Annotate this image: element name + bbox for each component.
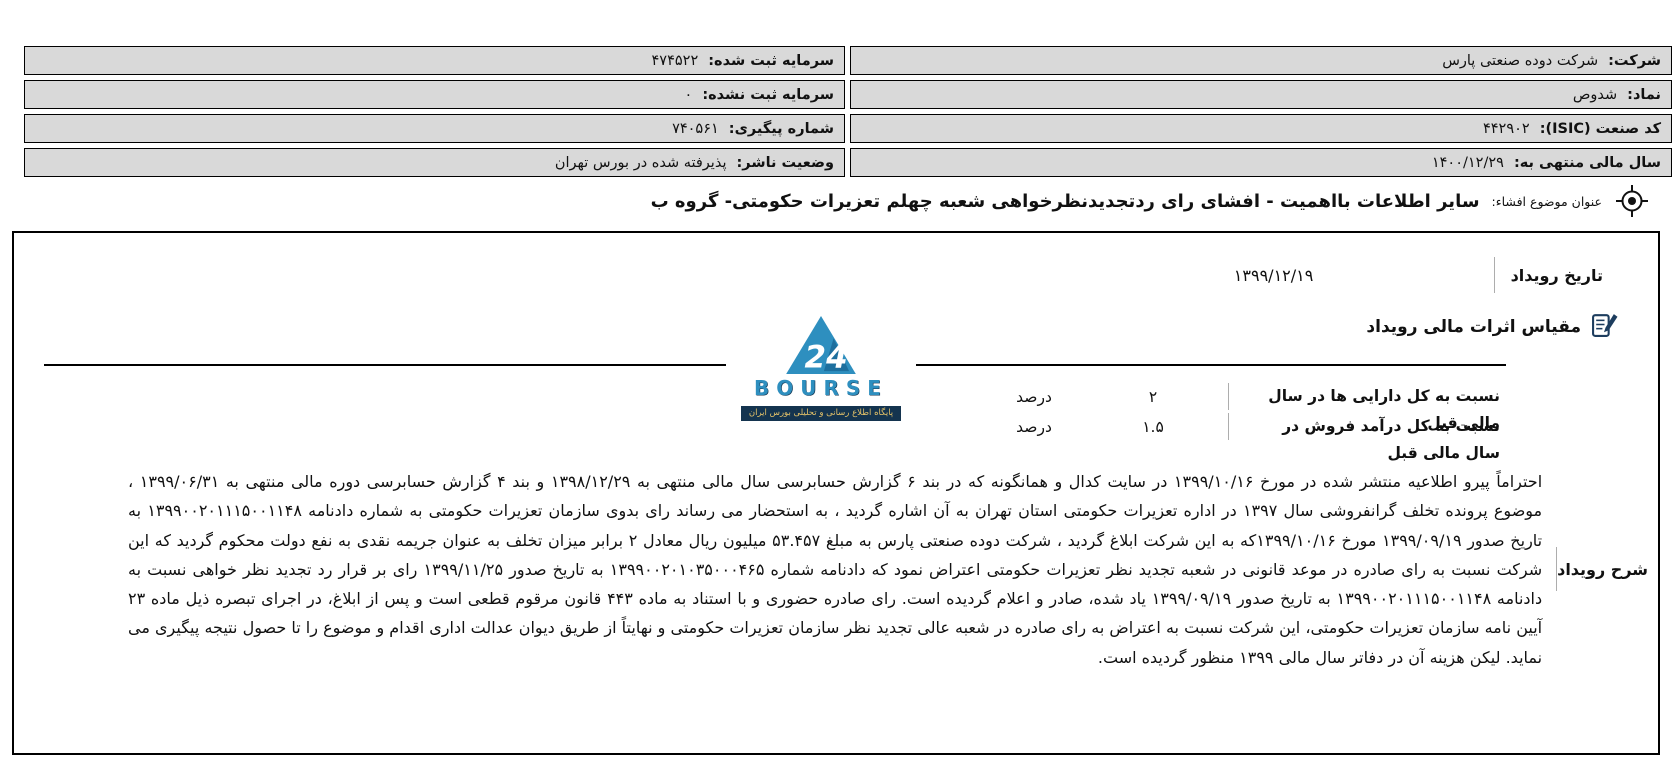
table-row: نسبت به کل دارایی ها در سال مالی قبل ۲ د… — [990, 383, 1500, 410]
event-description-text: احتراماً پیرو اطلاعیه منتشر شده در مورخ … — [28, 467, 1556, 672]
field-isic-code: کد صنعت (ISIC): ۴۴۲۹۰۲ — [850, 114, 1672, 143]
divider-line — [1556, 547, 1557, 591]
financial-scale-header-row: مقیاس اثرات مالی رویداد — [1366, 311, 1618, 342]
table-row: کد صنعت (ISIC): ۴۴۲۹۰۲ شماره پیگیری: ۷۴۰… — [24, 114, 1672, 143]
ratio-label: نسبت به کل درآمد فروش در سال مالی قبل — [1228, 413, 1500, 440]
financial-scale-header: مقیاس اثرات مالی رویداد — [1366, 317, 1581, 337]
disclosure-title-row: عنوان موضوع افشاء: سایر اطلاعات بااهمیت … — [40, 183, 1650, 219]
field-value: ۱۴۰۰/۱۲/۲۹ — [1432, 155, 1504, 171]
table-row: نماد: شدوص سرمایه ثبت نشده: ۰ — [24, 80, 1672, 109]
logo-name: BOURSE — [734, 376, 908, 400]
field-value: ۴۷۴۵۲۲ — [652, 53, 699, 69]
field-label: سال مالی منتهی به: — [1514, 155, 1661, 171]
event-description-label: شرح رویداد — [1557, 560, 1658, 579]
event-date-row: تاریخ رویداد ۱۳۹۹/۱۲/۱۹ — [1054, 257, 1658, 293]
event-date-value: ۱۳۹۹/۱۲/۱۹ — [1054, 266, 1494, 285]
field-label: سرمایه ثبت نشده: — [702, 87, 834, 103]
field-label: سرمایه ثبت شده: — [708, 53, 834, 69]
field-fiscal-year-end: سال مالی منتهی به: ۱۴۰۰/۱۲/۲۹ — [850, 148, 1672, 177]
field-issuer-status: وضعیت ناشر: پذیرفته شده در بورس تهران — [24, 148, 845, 177]
field-label: کد صنعت (ISIC): — [1540, 121, 1661, 137]
disclosure-subject-label: عنوان موضوع افشاء: — [1492, 194, 1602, 209]
ratio-label: نسبت به کل دارایی ها در سال مالی قبل — [1228, 383, 1500, 410]
ratio-unit: درصد — [990, 388, 1078, 406]
financial-impact-table: نسبت به کل دارایی ها در سال مالی قبل ۲ د… — [990, 383, 1500, 440]
field-company: شرکت: شرکت دوده صنعتی پارس — [850, 46, 1672, 75]
table-row: نسبت به کل درآمد فروش در سال مالی قبل ۱.… — [990, 413, 1500, 440]
field-value: ۴۴۲۹۰۲ — [1483, 121, 1530, 137]
field-label: شماره پیگیری: — [729, 121, 834, 137]
field-value: شرکت دوده صنعتی پارس — [1442, 53, 1598, 69]
field-value: ۰ — [685, 87, 693, 103]
bourse24-logo: 24 BOURSE پایگاه اطلاع رسانی و تحلیلی بو… — [726, 313, 916, 423]
field-registered-capital: سرمایه ثبت شده: ۴۷۴۵۲۲ — [24, 46, 845, 75]
note-pencil-icon — [1591, 311, 1618, 342]
field-unregistered-capital: سرمایه ثبت نشده: ۰ — [24, 80, 845, 109]
logo-tagline: پایگاه اطلاع رسانی و تحلیلی بورس ایران — [741, 406, 901, 421]
target-crosshair-icon — [1614, 183, 1650, 219]
field-label: وضعیت ناشر: — [737, 155, 835, 171]
logo-number: 24 — [805, 339, 848, 375]
field-value: شدوص — [1573, 87, 1617, 103]
field-tracking-number: شماره پیگیری: ۷۴۰۵۶۱ — [24, 114, 845, 143]
field-label: نماد: — [1627, 87, 1661, 103]
table-row: سال مالی منتهی به: ۱۴۰۰/۱۲/۲۹ وضعیت ناشر… — [24, 148, 1672, 177]
event-description-row: شرح رویداد احتراماً پیرو اطلاعیه منتشر ش… — [28, 467, 1658, 672]
field-label: شرکت: — [1608, 53, 1661, 69]
field-value: ۷۴۰۵۶۱ — [672, 121, 719, 137]
ratio-value: ۲ — [1078, 388, 1228, 406]
event-date-label: تاریخ رویداد — [1494, 257, 1658, 293]
ratio-unit: درصد — [990, 418, 1078, 436]
table-row: شرکت: شرکت دوده صنعتی پارس سرمایه ثبت شد… — [24, 46, 1672, 75]
disclosure-title: سایر اطلاعات بااهمیت - افشای رای ردتجدید… — [651, 191, 1480, 212]
company-header-table: شرکت: شرکت دوده صنعتی پارس سرمایه ثبت شد… — [24, 46, 1672, 177]
event-detail-box: تاریخ رویداد ۱۳۹۹/۱۲/۱۹ مقیاس اثرات مالی… — [12, 231, 1660, 755]
field-value: پذیرفته شده در بورس تهران — [555, 155, 727, 171]
field-symbol: نماد: شدوص — [850, 80, 1672, 109]
ratio-value: ۱.۵ — [1078, 418, 1228, 436]
